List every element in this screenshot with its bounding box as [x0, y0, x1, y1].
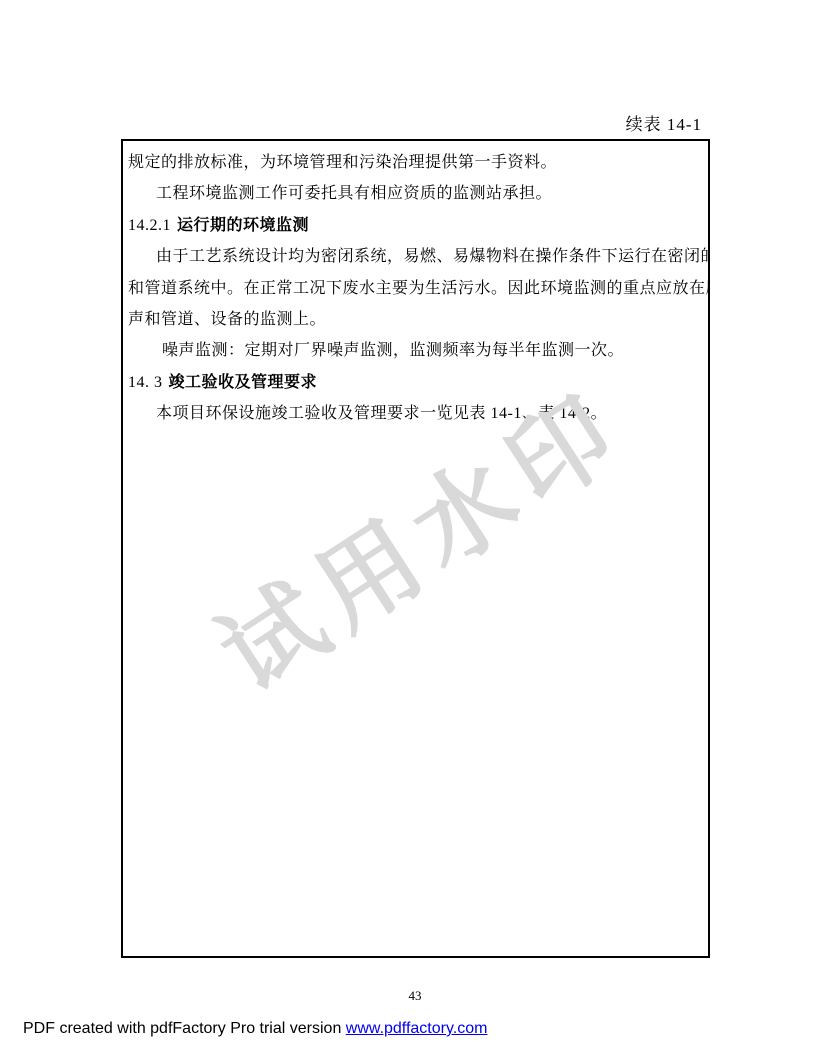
body-line: 由于工艺系统设计均为密闭系统，易燃、易爆物料在操作条件下运行在密闭的设备 — [128, 241, 704, 272]
body-line: 工程环境监测工作可委托具有相应资质的监测站承担。 — [128, 178, 704, 209]
table-cell-border: 规定的排放标准，为环境管理和污染治理提供第一手资料。 工程环境监测工作可委托具有… — [121, 139, 710, 958]
body-line: 规定的排放标准，为环境管理和污染治理提供第一手资料。 — [128, 147, 704, 178]
section-number: 14.2.1 — [128, 217, 171, 234]
body-line: 和管道系统中。在正常工况下废水主要为生活污水。因此环境监测的重点应放在厂界噪 — [128, 273, 704, 304]
body-line: 本项目环保设施竣工验收及管理要求一览见表 14-1、表 14-2。 — [128, 398, 704, 429]
footer-text: PDF created with pdfFactory Pro trial ve… — [23, 1020, 346, 1037]
section-heading-14-2-1: 14.2.1运行期的环境监测 — [128, 210, 704, 241]
body-line: 声和管道、设备的监测上。 — [128, 304, 704, 335]
pdffactory-footer: PDF created with pdfFactory Pro trial ve… — [23, 1020, 487, 1038]
pdffactory-link[interactable]: www.pdffactory.com — [346, 1020, 488, 1037]
section-title: 运行期的环境监测 — [177, 217, 309, 234]
page-number: 43 — [0, 988, 816, 1004]
section-number: 14. 3 — [128, 374, 163, 391]
continued-table-label: 续表 14-1 — [0, 110, 702, 135]
body-line: 噪声监测：定期对厂界噪声监测，监测频率为每半年监测一次。 — [128, 335, 704, 366]
document-page: 续表 14-1 规定的排放标准，为环境管理和污染治理提供第一手资料。 工程环境监… — [0, 0, 816, 1056]
section-title: 竣工验收及管理要求 — [169, 374, 318, 391]
section-heading-14-3: 14. 3竣工验收及管理要求 — [128, 367, 704, 398]
